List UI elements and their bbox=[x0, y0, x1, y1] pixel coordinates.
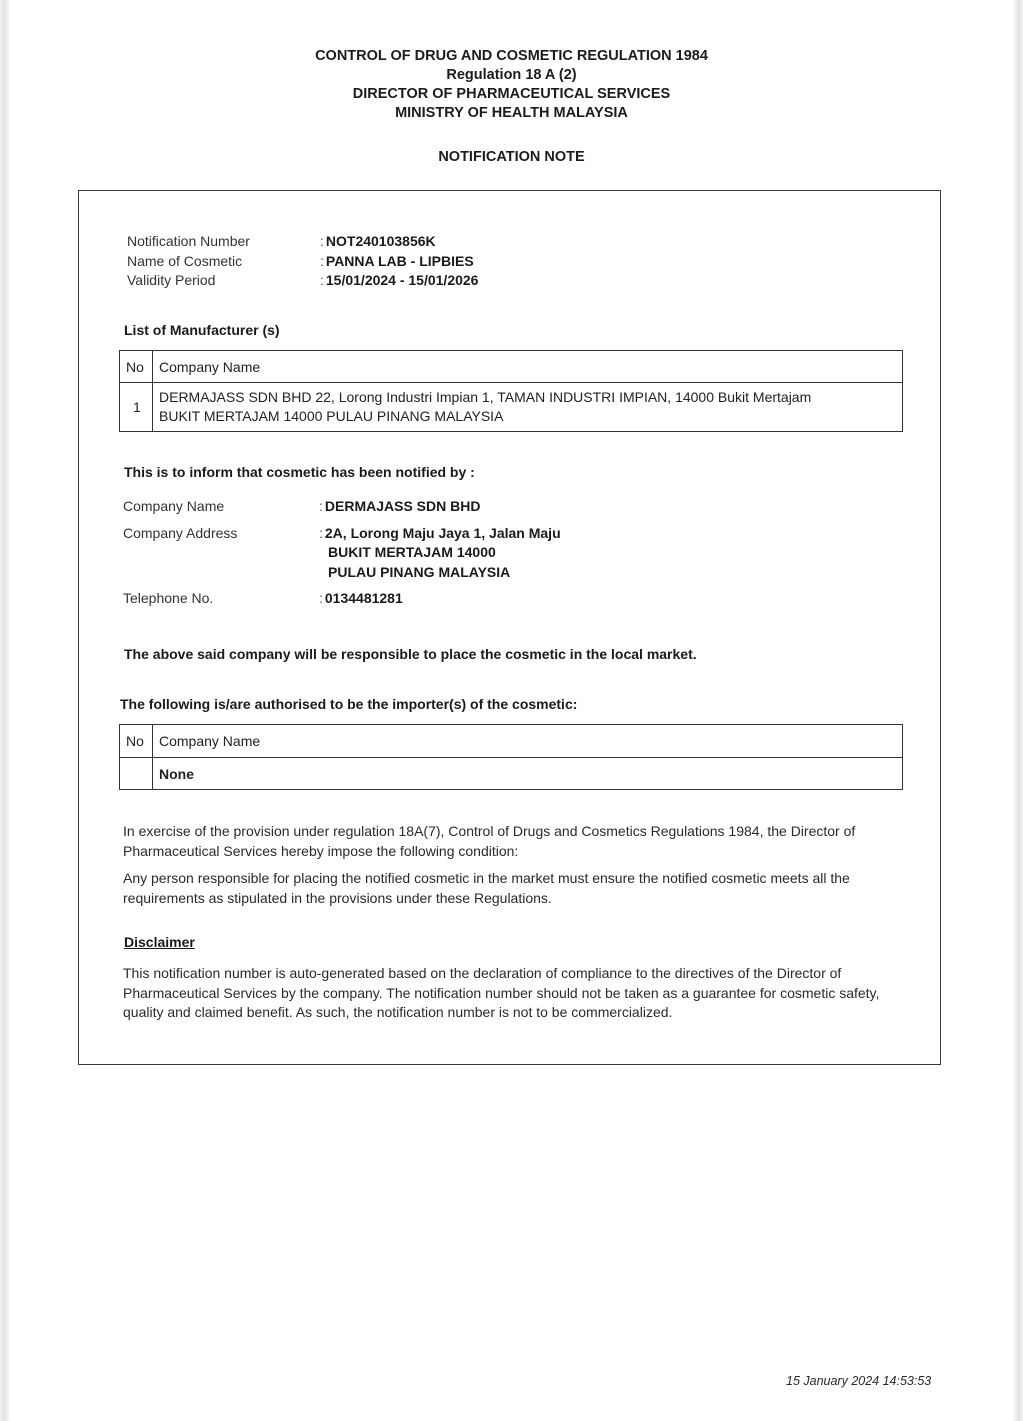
company-name-value: DERMAJASS SDN BHD bbox=[325, 497, 481, 517]
column-header-no: No bbox=[120, 351, 153, 383]
column-header-company-name: Company Name bbox=[153, 725, 903, 758]
notification-number-value: NOT240103856K bbox=[326, 232, 436, 252]
company-address-label: Company Address bbox=[123, 524, 319, 583]
document-header: CONTROL OF DRUG AND COSMETIC REGULATION … bbox=[0, 47, 1023, 123]
importers-table: No Company Name None bbox=[119, 724, 903, 790]
telephone-value: 0134481281 bbox=[325, 589, 403, 609]
document-title: NOTIFICATION NOTE bbox=[0, 149, 1023, 165]
table-row: None bbox=[120, 758, 903, 790]
telephone-row: Telephone No. : 0134481281 bbox=[123, 589, 561, 609]
validity-period-value: 15/01/2024 - 15/01/2026 bbox=[326, 271, 479, 291]
importers-title: The following is/are authorised to be th… bbox=[120, 696, 577, 712]
company-name-row: Company Name : DERMAJASS SDN BHD bbox=[123, 497, 561, 517]
manufacturer-company-name: DERMAJASS SDN BHD 22, Lorong Industri Im… bbox=[153, 383, 903, 432]
manufacturer-address-line-1: DERMAJASS SDN BHD 22, Lorong Industri Im… bbox=[159, 388, 896, 407]
generated-timestamp: 15 January 2024 14:53:53 bbox=[786, 1374, 931, 1388]
table-header-row: No Company Name bbox=[120, 351, 903, 383]
notifier-title: This is to inform that cosmetic has been… bbox=[124, 464, 475, 480]
row-number bbox=[120, 758, 153, 790]
company-name-label: Company Name bbox=[123, 497, 319, 517]
disclaimer-text: This notification number is auto-generat… bbox=[123, 964, 903, 1023]
header-line-director: DIRECTOR OF PHARMACEUTICAL SERVICES bbox=[0, 85, 1023, 104]
company-address-row: Company Address :2A, Lorong Maju Jaya 1,… bbox=[123, 524, 561, 583]
telephone-label: Telephone No. bbox=[123, 589, 319, 609]
row-number: 1 bbox=[120, 383, 153, 432]
page-edge-right bbox=[1013, 0, 1023, 1421]
cosmetic-name-row: Name of Cosmetic : PANNA LAB - LIPBIES bbox=[127, 252, 478, 272]
condition-paragraph-1: In exercise of the provision under regul… bbox=[123, 822, 903, 861]
responsibility-statement: The above said company will be responsib… bbox=[124, 646, 697, 662]
table-row: 1 DERMAJASS SDN BHD 22, Lorong Industri … bbox=[120, 383, 903, 432]
notification-number-label: Notification Number bbox=[127, 232, 320, 252]
condition-paragraph-2: Any person responsible for placing the n… bbox=[123, 869, 903, 908]
company-address-line-1: 2A, Lorong Maju Jaya 1, Jalan Maju bbox=[325, 525, 561, 541]
header-line-regulation: CONTROL OF DRUG AND COSMETIC REGULATION … bbox=[0, 47, 1023, 66]
column-header-no: No bbox=[120, 725, 153, 758]
manufacturer-address-line-2: BUKIT MERTAJAM 14000 PULAU PINANG MALAYS… bbox=[159, 407, 896, 426]
manufacturers-title: List of Manufacturer (s) bbox=[124, 322, 280, 338]
column-header-company-name: Company Name bbox=[153, 351, 903, 383]
company-address-line-2: BUKIT MERTAJAM 14000 bbox=[328, 544, 496, 560]
importer-company-name: None bbox=[153, 758, 903, 790]
header-line-ministry: MINISTRY OF HEALTH MALAYSIA bbox=[0, 104, 1023, 123]
notification-details: Notification Number : NOT240103856K Name… bbox=[127, 232, 478, 291]
disclaimer-title: Disclaimer bbox=[124, 934, 195, 950]
company-address-line-3: PULAU PINANG MALAYSIA bbox=[328, 564, 510, 580]
notification-number-row: Notification Number : NOT240103856K bbox=[127, 232, 478, 252]
validity-period-row: Validity Period : 15/01/2024 - 15/01/202… bbox=[127, 271, 478, 291]
page-edge-left bbox=[0, 0, 10, 1421]
header-line-regulation-number: Regulation 18 A (2) bbox=[0, 66, 1023, 85]
cosmetic-name-label: Name of Cosmetic bbox=[127, 252, 320, 272]
cosmetic-name-value: PANNA LAB - LIPBIES bbox=[326, 252, 474, 272]
table-header-row: No Company Name bbox=[120, 725, 903, 758]
notifier-details: Company Name : DERMAJASS SDN BHD Company… bbox=[123, 497, 561, 616]
manufacturers-table: No Company Name 1 DERMAJASS SDN BHD 22, … bbox=[119, 350, 903, 432]
validity-period-label: Validity Period bbox=[127, 271, 320, 291]
